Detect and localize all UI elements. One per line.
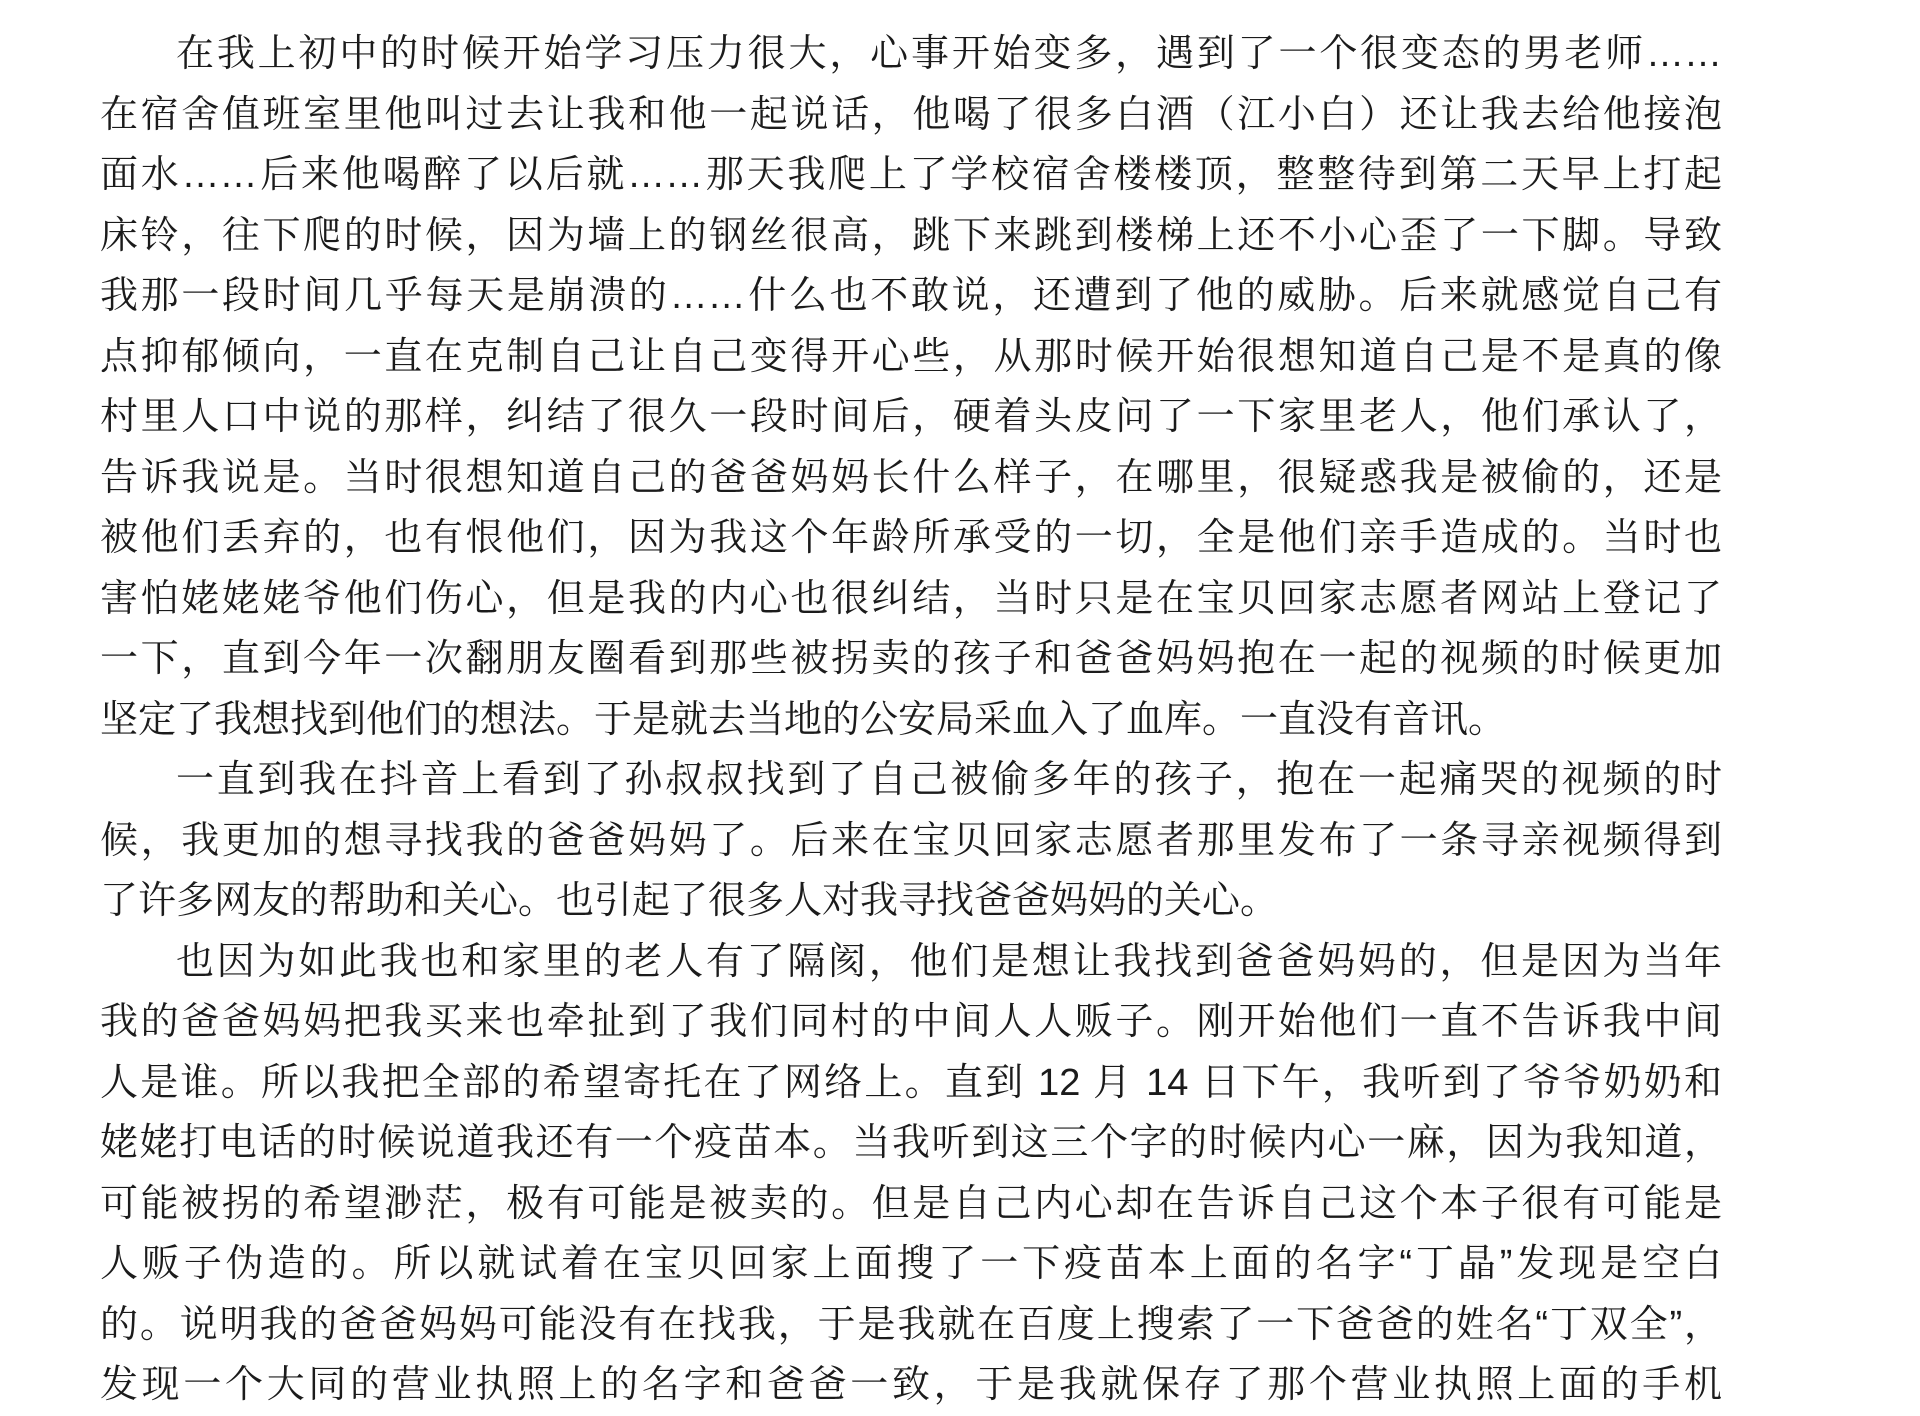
- text-line: 人贩子伪造的。所以就试着在宝贝回家上面搜了一下疫苗本上面的名字“丁晶”发现是空白: [100, 1234, 1722, 1295]
- text-line: 人是谁。所以我把全部的希望寄托在了网络上。直到 12 月 14 日下午，我听到了…: [100, 1053, 1722, 1114]
- text-line: 坚定了我想找到他们的想法。于是就去当地的公安局采血入了血库。一直没有音讯。: [100, 690, 1722, 751]
- text-line: 的。说明我的爸爸妈妈可能没有在找我，于是我就在百度上搜索了一下爸爸的姓名“丁双全…: [100, 1295, 1722, 1356]
- text-line: 一直到我在抖音上看到了孙叔叔找到了自己被偷多年的孩子，抱在一起痛哭的视频的时: [100, 750, 1722, 811]
- paragraph-2: 一直到我在抖音上看到了孙叔叔找到了自己被偷多年的孩子，抱在一起痛哭的视频的时 候…: [100, 750, 1722, 932]
- text-line: 发现一个大同的营业执照上的名字和爸爸一致，于是我就保存了那个营业执照上面的手机: [100, 1355, 1722, 1416]
- text-line: 在宿舍值班室里他叫过去让我和他一起说话，他喝了很多白酒（江小白）还让我去给他接泡: [100, 85, 1722, 146]
- paragraph-3: 也因为如此我也和家里的老人有了隔阂，他们是想让我找到爸爸妈妈的，但是因为当年 我…: [100, 932, 1722, 1416]
- text-line: 点抑郁倾向，一直在克制自己让自己变得开心些，从那时候开始很想知道自己是不是真的像: [100, 327, 1722, 388]
- text-line: 被他们丢弃的，也有恨他们，因为我这个年龄所承受的一切，全是他们亲手造成的。当时也: [100, 508, 1722, 569]
- text-line: 面水……后来他喝醉了以后就……那天我爬上了学校宿舍楼楼顶，整整待到第二天早上打起: [100, 145, 1722, 206]
- text-line: 村里人口中说的那样，纠结了很久一段时间后，硬着头皮问了一下家里老人，他们承认了，: [100, 387, 1722, 448]
- text-line: 在我上初中的时候开始学习压力很大，心事开始变多，遇到了一个很变态的男老师……: [100, 24, 1722, 85]
- text-line: 害怕姥姥姥爷他们伤心，但是我的内心也很纠结，当时只是在宝贝回家志愿者网站上登记了: [100, 569, 1722, 630]
- text-line: 我那一段时间几乎每天是崩溃的……什么也不敢说，还遭到了他的威胁。后来就感觉自己有: [100, 266, 1722, 327]
- text-line: 告诉我说是。当时很想知道自己的爸爸妈妈长什么样子，在哪里，很疑惑我是被偷的，还是: [100, 448, 1722, 509]
- paragraph-1: 在我上初中的时候开始学习压力很大，心事开始变多，遇到了一个很变态的男老师…… 在…: [100, 24, 1722, 750]
- text-line: 可能被拐的希望渺茫，极有可能是被卖的。但是自己内心却在告诉自己这个本子很有可能是: [100, 1174, 1722, 1235]
- text-line: 床铃，往下爬的时候，因为墙上的钢丝很高，跳下来跳到楼梯上还不小心歪了一下脚。导致: [100, 206, 1722, 267]
- text-line: 也因为如此我也和家里的老人有了隔阂，他们是想让我找到爸爸妈妈的，但是因为当年: [100, 932, 1722, 993]
- text-line: 我的爸爸妈妈把我买来也牵扯到了我们同村的中间人人贩子。刚开始他们一直不告诉我中间: [100, 992, 1722, 1053]
- text-line: 一下，直到今年一次翻朋友圈看到那些被拐卖的孩子和爸爸妈妈抱在一起的视频的时候更加: [100, 629, 1722, 690]
- document-page: 在我上初中的时候开始学习压力很大，心事开始变多，遇到了一个很变态的男老师…… 在…: [0, 0, 1920, 1416]
- text-line: 了许多网友的帮助和关心。也引起了很多人对我寻找爸爸妈妈的关心。: [100, 871, 1722, 932]
- text-line: 候，我更加的想寻找我的爸爸妈妈了。后来在宝贝回家志愿者那里发布了一条寻亲视频得到: [100, 811, 1722, 872]
- text-line: 姥姥打电话的时候说道我还有一个疫苗本。当我听到这三个字的时候内心一麻，因为我知道…: [100, 1113, 1722, 1174]
